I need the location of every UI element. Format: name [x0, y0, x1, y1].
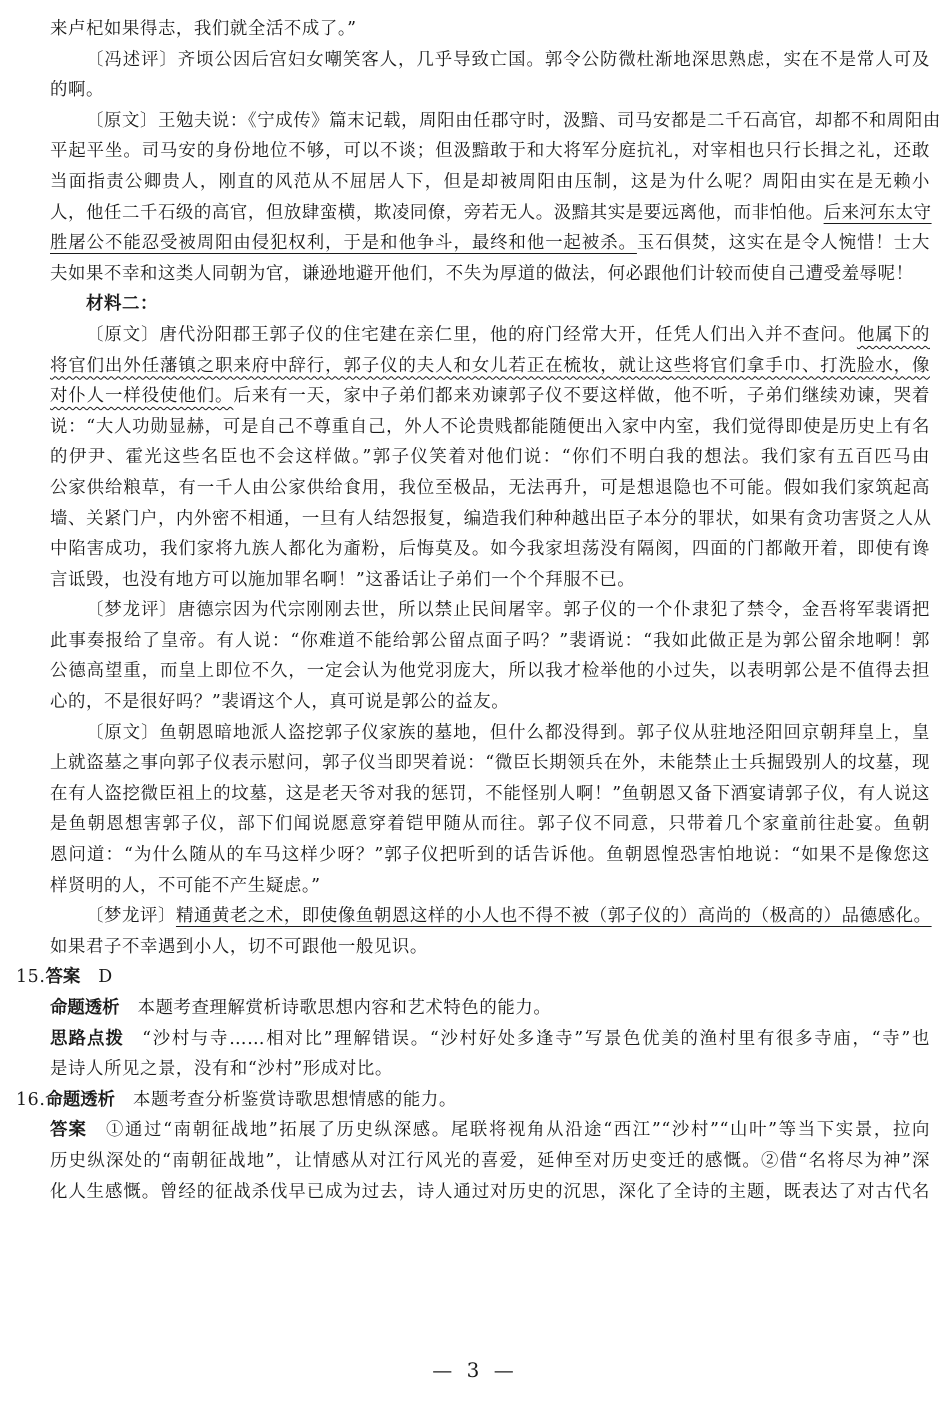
- text-line: 当面指责公卿贵人，刚直的风范从不屈居人下，但是却被周阳由压制，这是为什么呢？周阳…: [50, 167, 930, 198]
- question-16-analysis: 16.命题透析本题考查分析鉴赏诗歌思想情感的能力。: [16, 1085, 930, 1116]
- text-segment: 玉石俱焚，这实在是令人惋惜！士大: [637, 233, 930, 253]
- text-line: 是诗人所见之景，没有和“沙村”形成对比。: [50, 1054, 930, 1085]
- text-line: 来卢杞如果得志，我们就全活不成了。”: [50, 14, 930, 45]
- question-15-hint: 思路点拨“沙村与寺……相对比”理解错误。“沙村好处多逢寺”写景色优美的渔村里有很…: [50, 1024, 930, 1055]
- text-line: 的伊尹、霍光这些名臣也不会这样做。”郭子仪笑着对他们说：“你们不明白我的想法。我…: [50, 442, 930, 473]
- text-line: 〔原文〕唐代汾阳郡王郭子仪的住宅建在亲仁里，他的府门经常大开，任凭人们出入并不查…: [50, 320, 930, 351]
- wavy-underlined-text: 对仆人一样役使他们。: [50, 386, 233, 406]
- text-line: 对仆人一样役使他们。后来有一天，家中子弟们都来劝谏郭子仪不要这样做，他不听，子弟…: [50, 381, 930, 412]
- text-segment: 人，他任二千石级的高官，但放肆蛮横，欺凌同僚，旁若无人。汲黯其实是要远离他，而非…: [50, 203, 824, 223]
- text-line: 上就盗墓之事向郭子仪表示慰问，郭子仪当即哭着说：“微臣长期领兵在外，未能禁止士兵…: [50, 748, 930, 779]
- underlined-text: 后来河东太守: [824, 203, 932, 223]
- analysis-text: 本题考查分析鉴赏诗歌思想情感的能力。: [133, 1090, 457, 1110]
- question-15-answer: 15.答案D: [16, 962, 930, 993]
- page-number: — 3 —: [0, 1358, 950, 1382]
- text-line: 心的，不是很好吗？”裴谞这个人，真可说是郭公的益友。: [50, 687, 930, 718]
- question-16-answer: 答案①通过“南朝征战地”拓展了历史纵深感。尾联将视角从沿途“西江”“沙村”“山叶…: [50, 1115, 930, 1146]
- original-text-wang: 〔原文〕王勉夫说：《宁成传》篇末记载，周阳由任郡守时，汲黯、司马安都是二千石高官…: [50, 106, 930, 137]
- text-line: 公家供给粮草，有一千人由公家供给食用，我位至极品，无法再升，可是想退隐也不可能。…: [50, 473, 930, 504]
- commentary-menglong: 〔梦龙评〕唐德宗因为代宗刚刚去世，所以禁止民间屠宰。郭子仪的一个仆隶犯了禁令，金…: [50, 595, 930, 626]
- commentary-feng: 〔冯述评〕齐顷公因后宫妇女嘲笑客人，几乎导致亡国。郭令公防微杜渐地深思熟虑，实在…: [50, 45, 930, 76]
- text-line: 墙、关紧门户，内外密不相通，一旦有人结怨报复，编造我们种种越出臣子本分的罪状，如…: [50, 504, 930, 535]
- text-line: 化人生感慨。曾经的征战杀伐早已成为过去，诗人通过对历史的沉思，深化了全诗的主题，…: [50, 1177, 930, 1208]
- question-15-analysis: 命题透析本题考查理解赏析诗歌思想内容和艺术特色的能力。: [50, 993, 930, 1024]
- underlined-text: 胜屠公不能忍受被周阳由侵犯权利，于是和他争斗，最终和他一起被杀。: [50, 233, 637, 253]
- text-line: 此事奏报给了皇帝。有人说：“你难道不能给郭公留点面子吗？”裴谞说：“我如此做正是…: [50, 626, 930, 657]
- original-text-yu: 〔原文〕鱼朝恩暗地派人盗挖郭子仪家族的墓地，但什么都没得到。郭子仪从驻地泾阳回京…: [50, 718, 930, 749]
- material2-heading: 材料二：: [86, 294, 158, 314]
- text-line: 在有人盗挖微臣祖上的坟墓，这是老天爷对我的惩罚，不能怪别人啊！”鱼朝恩又备下酒宴…: [50, 779, 930, 810]
- answer-label: 答案: [45, 967, 80, 987]
- analysis-label: 命题透析: [50, 998, 120, 1018]
- answer-text: ①通过“南朝征战地”拓展了历史纵深感。尾联将视角从沿途“西江”“沙村”“山叶”等…: [105, 1120, 930, 1140]
- text-segment: 〔梦龙评〕: [86, 906, 176, 926]
- text-line: 恩问道：“为什么随从的车马这样少呀？”郭子仪把听到的话告诉他。鱼朝恩惶恐害怕地说…: [50, 840, 930, 871]
- text-line: 夫如果不幸和这类人同朝为官，谦逊地避开他们，不失为厚道的做法，何必跟他们计较而使…: [50, 259, 930, 290]
- text-line: 将官们出外任藩镇之职来府中辞行，郭子仪的夫人和女儿若正在梳妆，就让这些将官们拿手…: [50, 351, 930, 382]
- text-line: 公德高望重，而皇上即位不久，一定会认为他党羽庞大，所以我才检举他的小过失，以表明…: [50, 656, 930, 687]
- text-line: 说：“大人功勋显赫，可是自己不尊重自己，外人不论贵贱都能随便出入家中内室，我们觉…: [50, 412, 930, 443]
- text-line: 是鱼朝恩想害郭子仪，部下们闻说愿意穿着铠甲随从而往。郭子仪不同意，只带着几个家童…: [50, 809, 930, 840]
- question-number: 15.: [16, 967, 45, 987]
- document-page: 来卢杞如果得志，我们就全活不成了。” 〔冯述评〕齐顷公因后宫妇女嘲笑客人，几乎导…: [50, 14, 930, 1207]
- text-line: 言诋毁，也没有地方可以施加罪名啊！”这番话让子弟们一个个拜服不已。: [50, 565, 930, 596]
- analysis-label: 命题透析: [45, 1090, 115, 1110]
- text-segment: 后来有一天，家中子弟们都来劝谏郭子仪不要这样做，他不听，子弟们继续劝谏，哭着: [233, 386, 930, 406]
- wavy-underlined-text: 将官们出外任藩镇之职来府中辞行，郭子仪的夫人和女儿若正在梳妆，就让这些将官们拿手…: [50, 356, 930, 376]
- text-line: 〔梦龙评〕精通黄老之术，即使像鱼朝恩这样的小人也不得不被（郭子仪的）高尚的（极高…: [50, 901, 930, 932]
- answer-value: D: [98, 967, 113, 987]
- text-line: 如果君子不幸遇到小人，切不可跟他一般见识。: [50, 932, 930, 963]
- text-line: 历史纵深处的“南朝征战地”，让情感从对江行风光的喜爱，延伸至对历史变迁的感慨。②…: [50, 1146, 930, 1177]
- hint-label: 思路点拨: [50, 1029, 124, 1049]
- section-heading: 材料二：: [50, 289, 930, 320]
- text-line: 胜屠公不能忍受被周阳由侵犯权利，于是和他争斗，最终和他一起被杀。玉石俱焚，这实在…: [50, 228, 930, 259]
- text-line: 人，他任二千石级的高官，但放肆蛮横，欺凌同僚，旁若无人。汲黯其实是要远离他，而非…: [50, 198, 930, 229]
- question-number: 16.: [16, 1090, 45, 1110]
- text-segment: 〔原文〕唐代汾阳郡王郭子仪的住宅建在亲仁里，他的府门经常大开，任凭人们出入并不查…: [86, 325, 857, 345]
- text-line: 的啊。: [50, 75, 930, 106]
- underlined-text: 精通黄老之术，即使像鱼朝恩这样的小人也不得不被（郭子仪的）高尚的（极高的）品德感…: [176, 906, 932, 926]
- text-line: 中陷害成功，我们家将九族人都化为齑粉，后悔莫及。如今我家坦荡没有隔阂，四面的门都…: [50, 534, 930, 565]
- text-line: 平起平坐。司马安的身份地位不够，可以不谈；但汲黯敢于和大将军分庭抗礼，对宰相也只…: [50, 136, 930, 167]
- answer-label: 答案: [50, 1120, 87, 1140]
- wavy-underlined-text: 他属下的: [857, 325, 930, 345]
- text-line: 样贤明的人，不可能不产生疑虑。”: [50, 871, 930, 902]
- hint-text: “沙村与寺……相对比”理解错误。“沙村好处多逢寺”写景色优美的渔村里有很多寺庙，…: [142, 1029, 930, 1049]
- analysis-text: 本题考查理解赏析诗歌思想内容和艺术特色的能力。: [138, 998, 552, 1018]
